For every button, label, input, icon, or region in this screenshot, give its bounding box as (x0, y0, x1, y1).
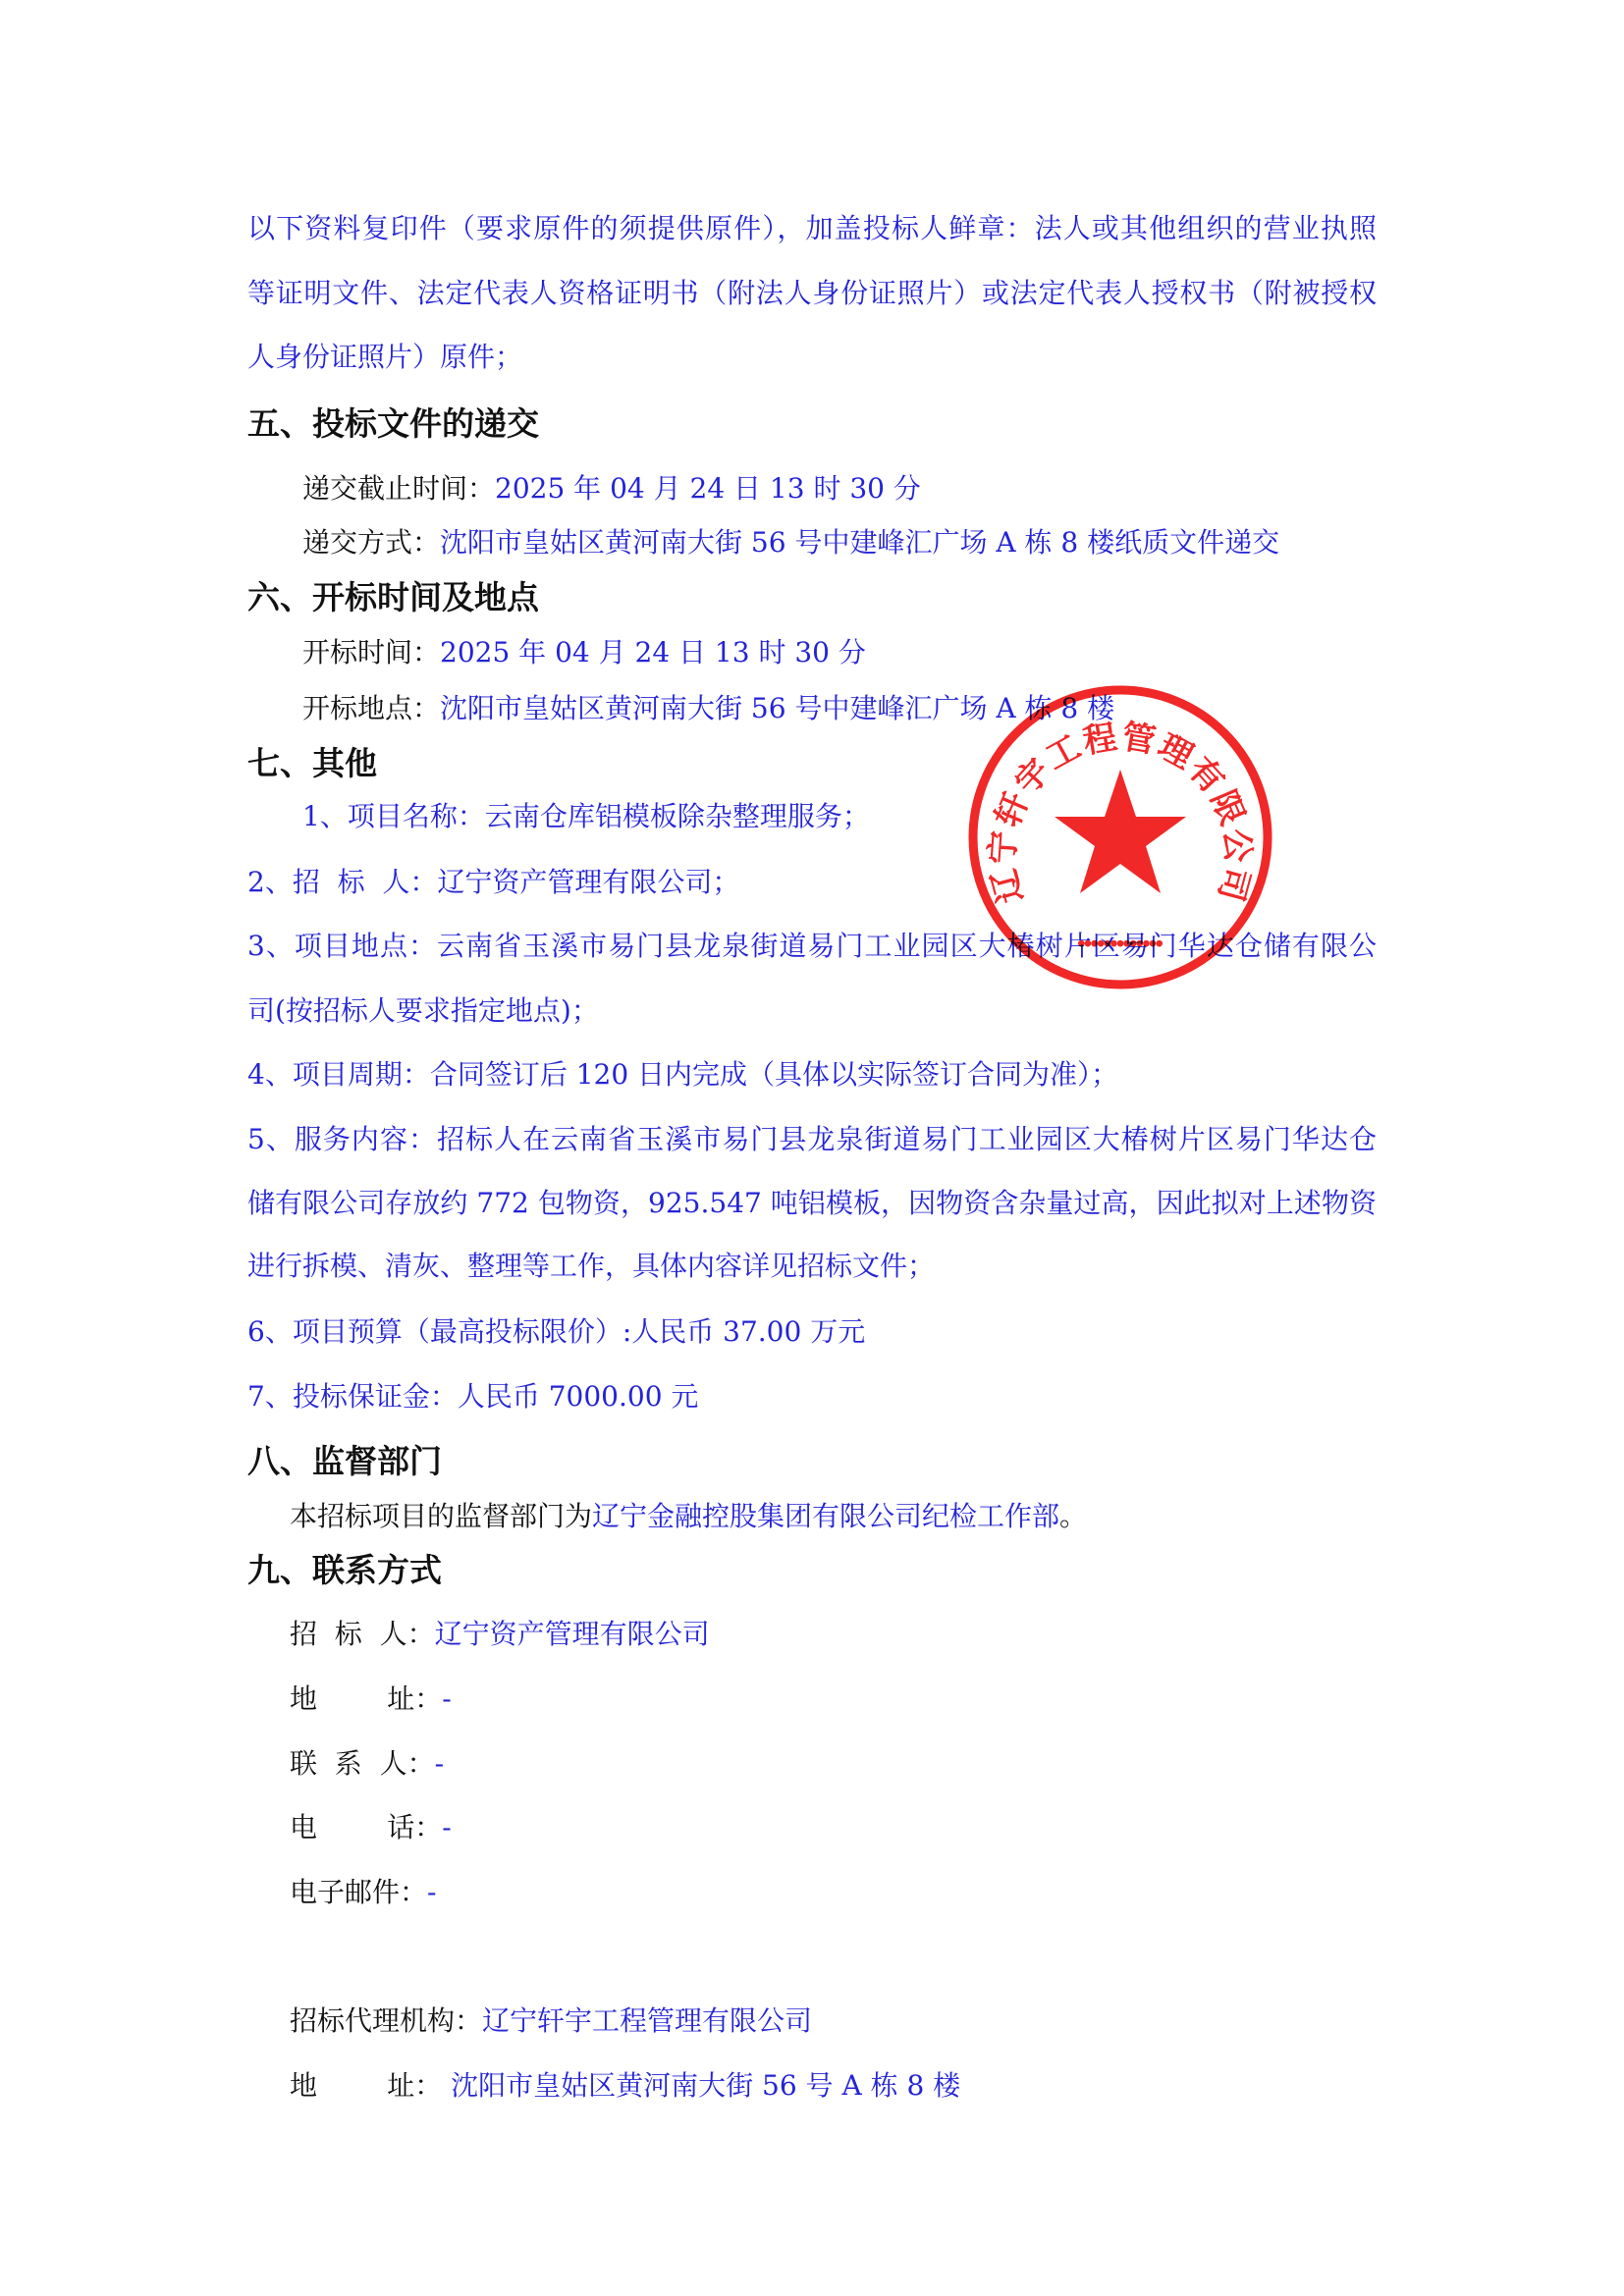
section-5-heading: 五、投标文件的递交 (247, 402, 539, 446)
section-9-heading: 九、联系方式 (247, 1549, 442, 1592)
other-item-tenderer: 2、招 标 人：辽宁资产管理有限公司； (247, 863, 739, 902)
section-6-heading: 六、开标时间及地点 (247, 576, 539, 619)
contact-address-label: 地 址： (290, 1680, 442, 1719)
section-7-heading: 七、其他 (247, 742, 377, 785)
other-item-service: 5、服务内容：招标人在云南省玉溪市易门县龙泉街道易门工业园区大椿树片区易门华达仓 (247, 1120, 1377, 1159)
agency-address-label: 地 址： (290, 2066, 442, 2106)
deadline-value: 2025 年 04 月 24 日 13 时 30 分 (495, 472, 921, 505)
section-8-heading: 八、监督部门 (247, 1440, 442, 1483)
supervision-dept: 辽宁金融控股集团有限公司纪检工作部 (592, 1500, 1059, 1532)
seal-text: 辽宁轩宇工程管理有限公司 (983, 718, 1258, 908)
deadline-row: 递交截止时间：2025 年 04 月 24 日 13 时 30 分 (302, 469, 921, 508)
other-item-project-name: 1、项目名称：云南仓库铝模板除杂整理服务； (302, 797, 870, 836)
opening-place-label: 开标地点： (302, 692, 440, 724)
opening-time-value: 2025 年 04 月 24 日 13 时 30 分 (440, 636, 866, 668)
contact-phone-value: - (442, 1811, 451, 1843)
supervision-prefix: 本招标项目的监督部门为 (290, 1500, 592, 1532)
contact-person-value: - (435, 1747, 444, 1780)
supervision-text: 本招标项目的监督部门为辽宁金融控股集团有限公司纪检工作部。 (290, 1497, 1087, 1536)
opening-place-row: 开标地点：沈阳市皇姑区黄河南大街 56 号中建峰汇广场 A 栋 8 楼 (302, 689, 1114, 728)
other-item-service-cont-2: 进行拆模、清灰、整理等工作，具体内容详见招标文件； (247, 1247, 935, 1286)
contact-tenderer-row: 招 标 人：辽宁资产管理有限公司 (290, 1615, 710, 1654)
seal-star-icon (1055, 770, 1186, 893)
contact-tenderer-value: 辽宁资产管理有限公司 (435, 1618, 710, 1650)
continuation-line-3: 人身份证照片）原件； (247, 338, 522, 377)
contact-phone-row: 电 话：- (290, 1808, 452, 1847)
other-item-service-cont-1: 储有限公司存放约 772 包物资，925.547 吨铝模板，因物资含杂量过高，因… (247, 1184, 1377, 1223)
agency-name-value: 辽宁轩宇工程管理有限公司 (482, 2004, 812, 2037)
opening-time-row: 开标时间：2025 年 04 月 24 日 13 时 30 分 (302, 633, 866, 672)
contact-tenderer-label: 招 标 人： (290, 1615, 435, 1654)
deadline-label: 递交截止时间： (302, 472, 495, 505)
continuation-line-1: 以下资料复印件（要求原件的须提供原件），加盖投标人鲜章：法人或其他组织的营业执照 (247, 209, 1377, 248)
contact-email-label: 电子邮件： (290, 1873, 427, 1912)
contact-email-value: - (427, 1876, 436, 1908)
contact-address-row: 地 址：- (290, 1680, 452, 1719)
agency-address-value: 沈阳市皇姑区黄河南大街 56 号 A 栋 8 楼 (442, 2069, 960, 2102)
continuation-line-2: 等证明文件、法定代表人资格证明书（附法人身份证照片）或法定代表人授权书（附被授权 (247, 274, 1377, 313)
contact-email-row: 电子邮件：- (290, 1873, 436, 1912)
contact-address-value: - (442, 1682, 451, 1715)
supervision-suffix: 。 (1059, 1500, 1087, 1532)
other-item-period: 4、项目周期：合同签订后 120 日内完成（具体以实际签订合同为准）； (247, 1055, 1118, 1095)
opening-time-label: 开标时间： (302, 636, 440, 668)
other-item-location: 3、项目地点：云南省玉溪市易门县龙泉街道易门工业园区大椿树片区易门华达仓储有限公 (247, 927, 1377, 966)
contact-person-row: 联 系 人：- (290, 1744, 444, 1784)
agency-name-row: 招标代理机构：辽宁轩宇工程管理有限公司 (290, 2002, 812, 2041)
opening-place-value: 沈阳市皇姑区黄河南大街 56 号中建峰汇广场 A 栋 8 楼 (440, 692, 1114, 724)
other-item-deposit: 7、投标保证金：人民币 7000.00 元 (247, 1377, 698, 1416)
method-row: 递交方式：沈阳市皇姑区黄河南大街 56 号中建峰汇广场 A 栋 8 楼纸质文件递… (302, 523, 1279, 562)
contact-phone-label: 电 话： (290, 1808, 442, 1847)
method-label: 递交方式： (302, 526, 440, 559)
contact-person-label: 联 系 人： (290, 1744, 435, 1784)
method-value: 沈阳市皇姑区黄河南大街 56 号中建峰汇广场 A 栋 8 楼纸质文件递交 (440, 526, 1279, 559)
agency-address-row: 地 址： 沈阳市皇姑区黄河南大街 56 号 A 栋 8 楼 (290, 2066, 960, 2106)
agency-name-label: 招标代理机构： (290, 2002, 482, 2041)
other-item-location-cont: 司(按招标人要求指定地点)； (247, 991, 599, 1031)
other-item-budget: 6、项目预算（最高投标限价）:人民币 37.00 万元 (247, 1312, 865, 1352)
